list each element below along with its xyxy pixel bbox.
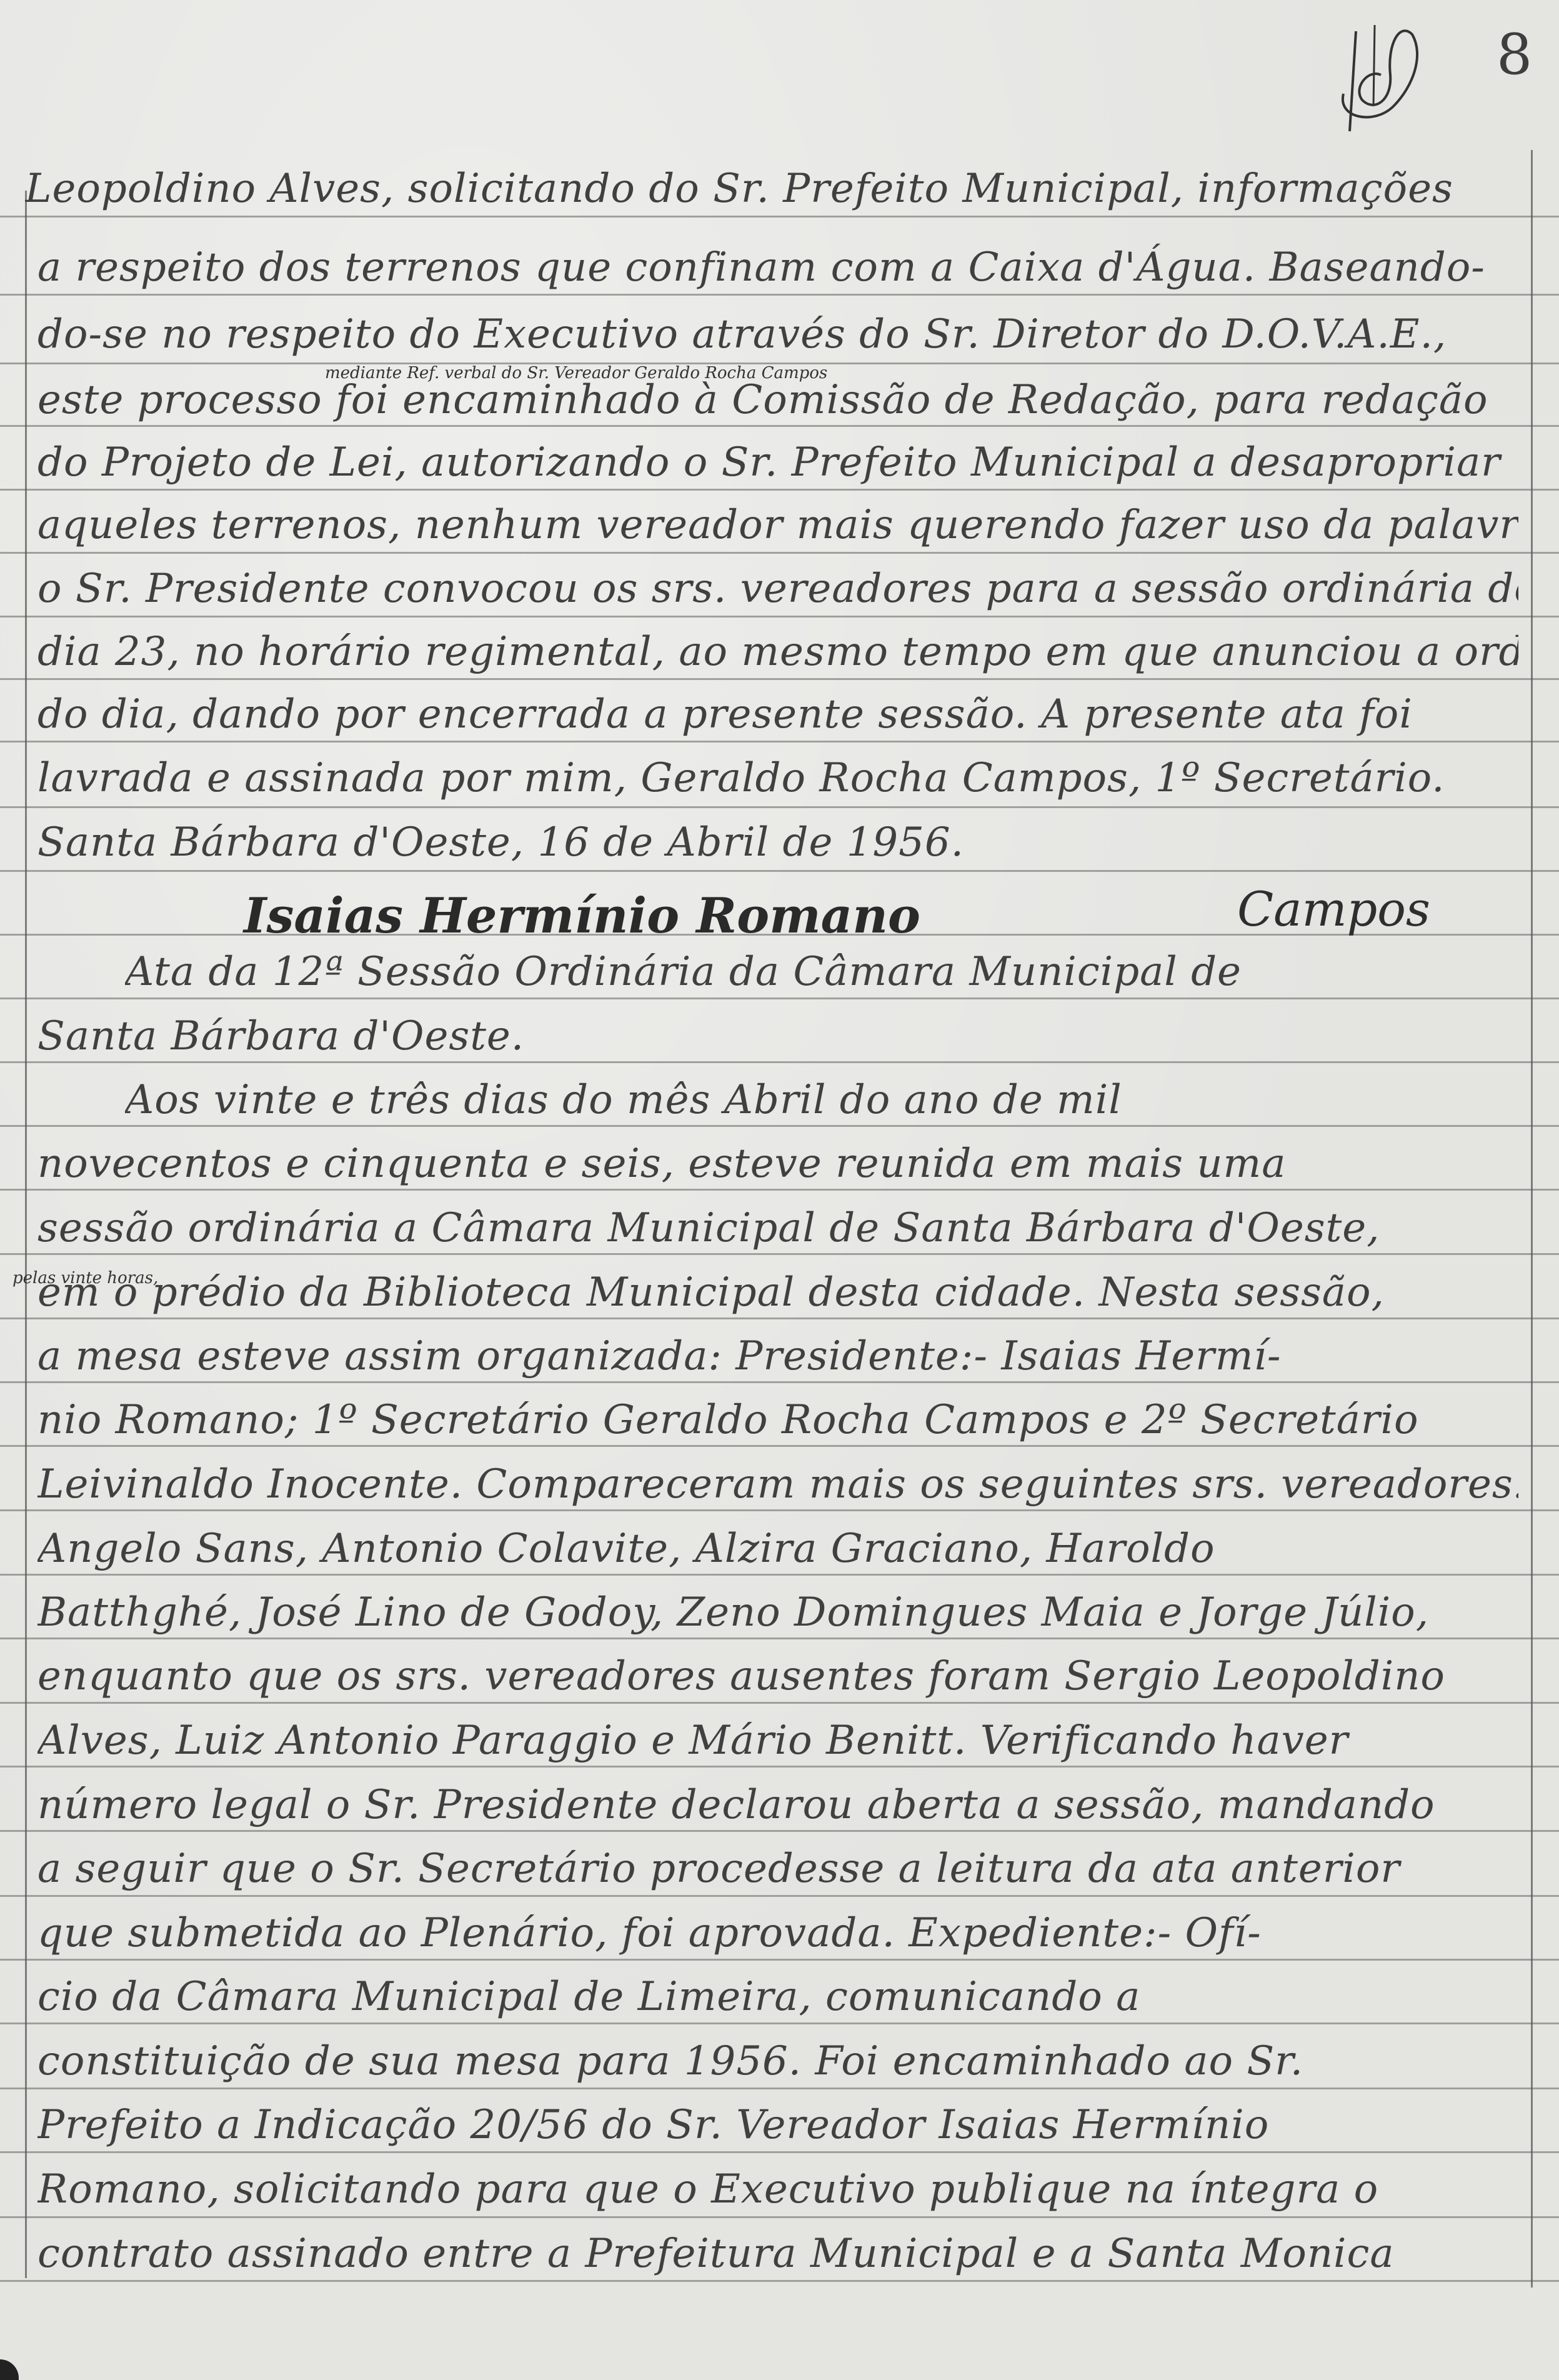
text-line: a respeito dos terrenos que confinam com… bbox=[37, 242, 1518, 299]
text-line: em o prédio da Biblioteca Municipal dest… bbox=[37, 1267, 1518, 1324]
text-line: Prefeito a Indicação 20/56 do Sr. Veread… bbox=[37, 2100, 1518, 2156]
text-line: novecentos e cinquenta e seis, esteve re… bbox=[37, 1139, 1518, 1195]
text-line: número legal o Sr. Presidente declarou a… bbox=[37, 1780, 1518, 1836]
minutes-title-line: Ata da 12ª Sessão Ordinária da Câmara Mu… bbox=[125, 947, 1518, 1003]
text-line: Santa Bárbara d'Oeste, 16 de Abril de 19… bbox=[37, 817, 1518, 874]
text-line: Romano, solicitando para que o Executivo… bbox=[37, 2164, 1518, 2221]
left-margin-line bbox=[25, 191, 27, 2278]
text-line: constituição de sua mesa para 1956. Foi … bbox=[37, 2036, 1518, 2092]
text-line: dia 23, no horário regimental, ao mesmo … bbox=[37, 627, 1518, 683]
text-line: aqueles terrenos, nenhum vereador mais q… bbox=[37, 500, 1518, 556]
text-line: do-se no respeito do Executivo através d… bbox=[37, 309, 1518, 366]
text-line: enquanto que os srs. vereadores ausentes… bbox=[37, 1651, 1518, 1707]
text-line: cio da Câmara Municipal de Limeira, comu… bbox=[37, 1972, 1518, 2028]
text-line: do dia, dando por encerrada a presente s… bbox=[37, 689, 1518, 746]
president-signature: Isaias Hermínio Romano bbox=[244, 887, 920, 944]
text-line: contrato assinado entre a Prefeitura Mun… bbox=[37, 2229, 1518, 2285]
text-line: este processo foi encaminhado à Comissão… bbox=[37, 375, 1518, 431]
page-binding-shadow bbox=[0, 2359, 19, 2380]
text-line: Leivinaldo Inocente. Compareceram mais o… bbox=[37, 1459, 1518, 1516]
minutes-title-line: Santa Bárbara d'Oeste. bbox=[37, 1011, 1518, 1067]
text-line: lavrada e assinada por mim, Geraldo Roch… bbox=[37, 753, 1518, 809]
page-number: 8 bbox=[1497, 22, 1532, 87]
rubric-signature-icon bbox=[1337, 19, 1437, 137]
text-line: Alves, Luiz Antonio Paraggio e Mário Ben… bbox=[37, 1716, 1518, 1772]
text-line: Aos vinte e três dias do mês Abril do an… bbox=[125, 1075, 1518, 1131]
text-line: do Projeto de Lei, autorizando o Sr. Pre… bbox=[37, 437, 1518, 494]
secretary-rubric: Campos bbox=[1237, 881, 1430, 937]
ledger-page: 8 Leopoldino Alves, solicitando do Sr. P… bbox=[0, 0, 1559, 2380]
text-line: que submetida ao Plenário, foi aprovada.… bbox=[37, 1908, 1518, 1964]
text-line: nio Romano; 1º Secretário Geraldo Rocha … bbox=[37, 1395, 1518, 1451]
text-line: a seguir que o Sr. Secretário procedesse… bbox=[37, 1844, 1518, 1900]
text-line: Batthghé, José Lino de Godoy, Zeno Domin… bbox=[37, 1587, 1518, 1644]
text-line: o Sr. Presidente convocou os srs. veread… bbox=[37, 564, 1518, 620]
text-line: Angelo Sans, Antonio Colavite, Alzira Gr… bbox=[37, 1524, 1518, 1580]
text-line: Leopoldino Alves, solicitando do Sr. Pre… bbox=[25, 164, 1506, 220]
text-line: sessão ordinária a Câmara Municipal de S… bbox=[37, 1203, 1518, 1259]
text-line: a mesa esteve assim organizada: Presiden… bbox=[37, 1331, 1518, 1387]
right-margin-line bbox=[1531, 150, 1533, 2287]
